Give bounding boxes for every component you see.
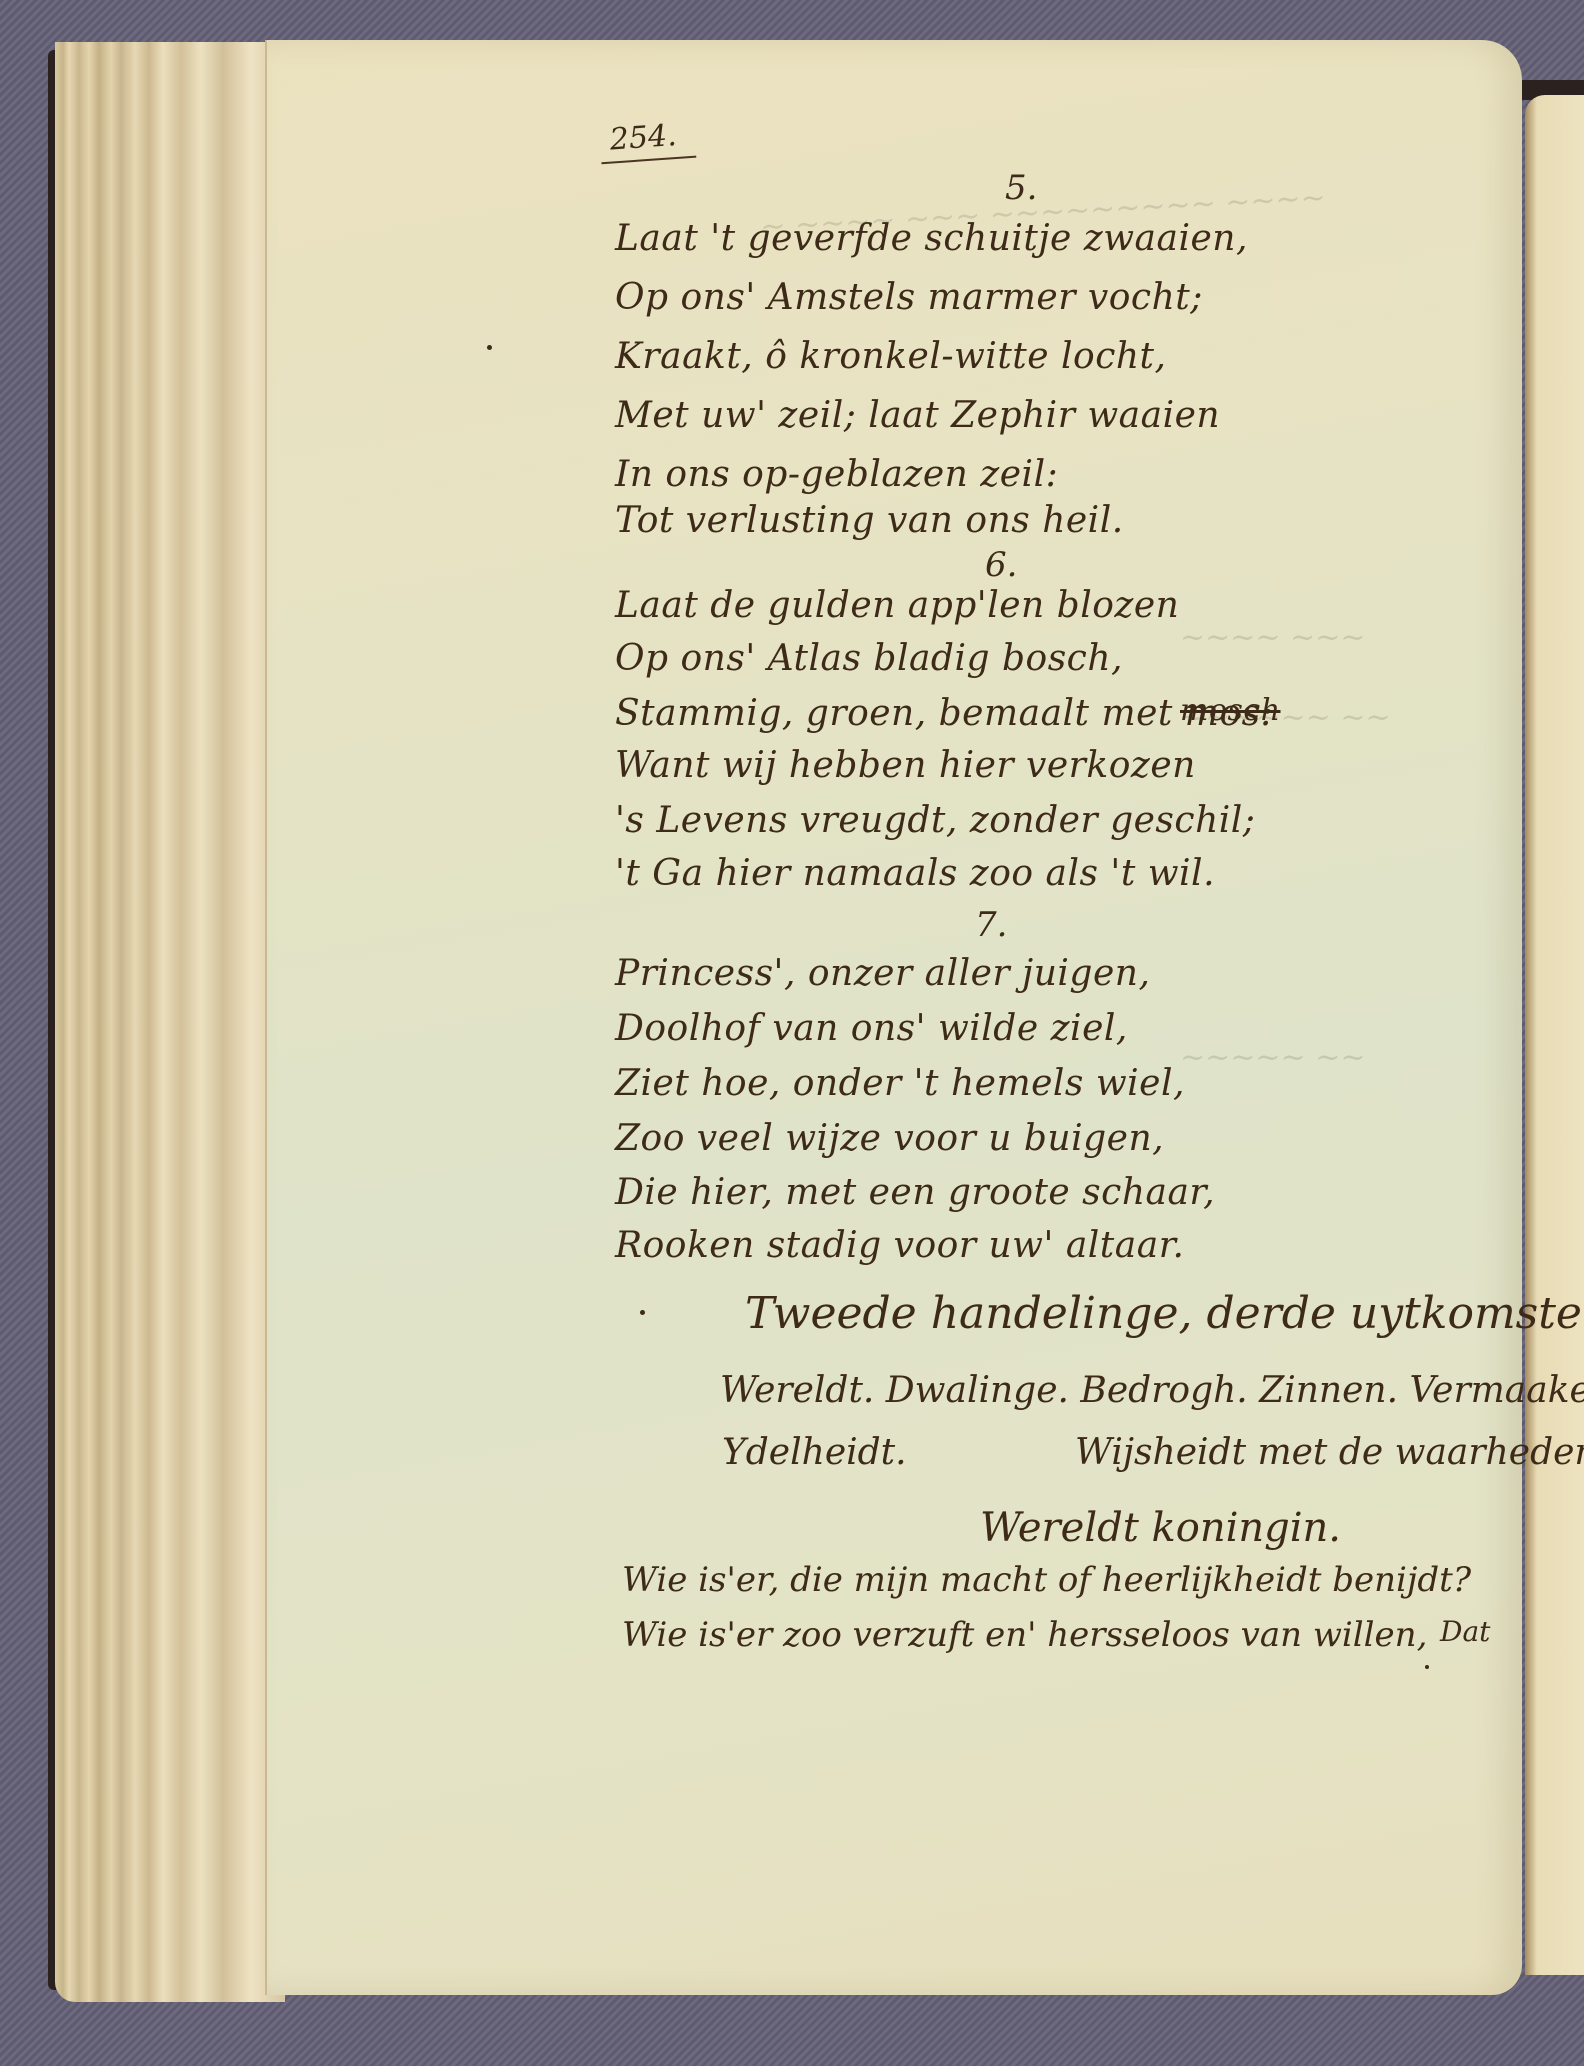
speech-line: Wie is'er zoo verzuft en' hersseloos van… [622, 1615, 1427, 1655]
margin-dot [487, 345, 492, 350]
struck-word: mosch [1180, 693, 1281, 728]
margin-dot [640, 1310, 645, 1315]
bleed-through-text: ~~~~~ ~~ [1180, 1040, 1366, 1075]
cast-list-line-2-right: Wijsheidt met de waarheden. [1075, 1432, 1584, 1473]
bleed-through-text: ~~~~ ~~~ [1180, 620, 1366, 655]
page-edges-stack [55, 42, 285, 2002]
verse-line: 's Levens vreugdt, zonder geschil; [615, 800, 1255, 841]
catchword: Dat [1440, 1615, 1490, 1648]
margin-dot [1425, 1665, 1429, 1669]
verse-line: Zoo veel wijze voor u buigen, [615, 1118, 1164, 1159]
speech-line: Wie is'er, die mijn macht of heerlijkhei… [622, 1560, 1471, 1600]
verse-line: Want wij hebben hier verkozen [615, 745, 1196, 786]
cast-list-line-1: Wereldt. Dwalinge. Bedrogh. Zinnen. Verm… [720, 1370, 1584, 1411]
verse-line: 't Ga hier namaals zoo als 't wil. [615, 853, 1215, 894]
speaker-name: Wereldt koningin. [980, 1505, 1341, 1551]
stanza-number: 6. [985, 545, 1017, 585]
verse-line: Doolhof van ons' wilde ziel, [615, 1008, 1128, 1049]
verse-line: Princess', onzer aller juigen, [615, 953, 1150, 994]
verse-line: Laat 't geverfde schuitje zwaaien, [615, 218, 1248, 259]
verse-line: Ziet hoe, onder 't hemels wiel, [615, 1063, 1185, 1104]
verse-line: Met uw' zeil; laat Zephir waaien [615, 395, 1220, 436]
verse-line: Rooken stadig voor uw' altaar. [615, 1225, 1184, 1266]
page-number: 254. [599, 117, 696, 165]
facing-page-edge [1525, 95, 1584, 1975]
verse-line: In ons op-geblazen zeil: [615, 454, 1058, 495]
cast-list-line-2-left: Ydelheidt. [722, 1432, 907, 1473]
verse-line: Tot verlusting van ons heil. [615, 500, 1124, 541]
stanza-number: 5. [1005, 168, 1037, 208]
verse-line: Op ons' Amstels marmer vocht; [615, 277, 1203, 318]
verse-line: Die hier, met een groote schaar, [615, 1172, 1215, 1213]
verse-line: Op ons' Atlas bladig bosch, [615, 638, 1123, 679]
verse-line: Kraakt, ô kronkel-witte locht, [615, 336, 1166, 377]
scene-heading: Tweede handelinge, derde uytkomste. [745, 1288, 1584, 1339]
verse-line: Stammig, groen, bemaalt met mos: [615, 693, 1273, 734]
verse-line: Laat de gulden app'len blozen [615, 585, 1179, 626]
stanza-number: 7. [975, 905, 1007, 945]
